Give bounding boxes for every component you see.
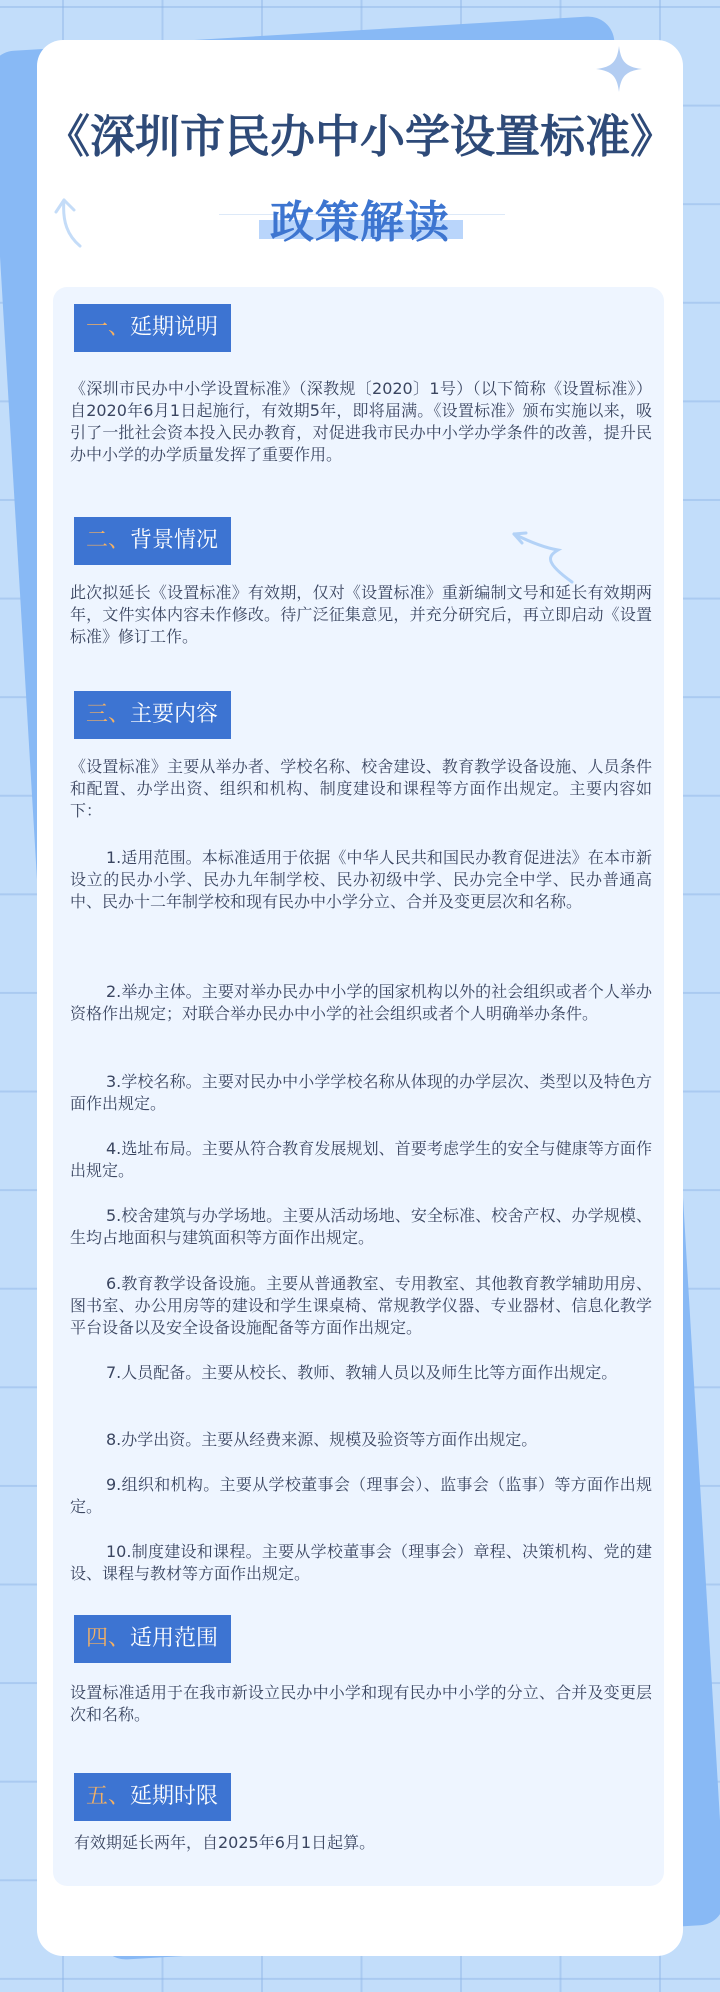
- content-item-1: 1.适用范围。本标准适用于依据《中华人民共和国民办教育促进法》在本市新设立的民办…: [70, 847, 652, 913]
- section-title: 主要内容: [130, 702, 218, 727]
- section-4-paragraph: 设置标准适用于在我市新设立民办中小学和现有民办中小学的分立、合并及变更层次和名称…: [70, 1682, 652, 1726]
- content-item-7: 7.人员配备。主要从校长、教师、教辅人员以及师生比等方面作出规定。: [70, 1362, 652, 1384]
- curved-arrow-up-icon: [50, 196, 90, 248]
- sparkle-icon: [594, 44, 644, 94]
- section-header-4: 四、适用范围: [74, 1615, 231, 1663]
- section-3-intro: 《设置标准》主要从举办者、学校名称、校舍建设、教育教学设备设施、人员条件和配置、…: [70, 756, 652, 822]
- section-title: 适用范围: [130, 1626, 218, 1651]
- content-item-9: 9.组织和机构。主要从学校董事会（理事会）、监事会（监事）等方面作出规定。: [70, 1474, 652, 1518]
- section-header-1: 一、延期说明: [74, 304, 231, 352]
- section-5-paragraph: 有效期延长两年，自2025年6月1日起算。: [74, 1832, 656, 1854]
- content-item-2: 2.举办主体。主要对举办民办中小学的国家机构以外的社会组织或者个人举办资格作出规…: [70, 981, 652, 1025]
- section-number: 四、: [86, 1626, 130, 1651]
- page-subtitle: 政策解读: [0, 186, 720, 250]
- section-header-3: 三、主要内容: [74, 691, 231, 739]
- section-header-5: 五、延期时限: [74, 1773, 231, 1821]
- content-item-10: 10.制度建设和课程。主要从学校董事会（理事会）章程、决策机构、党的建设、课程与…: [70, 1541, 652, 1585]
- content-item-6: 6.教育教学设备设施。主要从普通教室、专用教室、其他教育教学辅助用房、图书室、办…: [70, 1273, 652, 1339]
- content-item-5: 5.校舍建筑与办学场地。主要从活动场地、安全标准、校舍产权、办学规模、生均占地面…: [70, 1205, 652, 1249]
- section-number: 二、: [86, 528, 130, 553]
- content-item-8: 8.办学出资。主要从经费来源、规模及验资等方面作出规定。: [70, 1429, 652, 1451]
- content-item-4: 4.选址布局。主要从符合教育发展规划、首要考虑学生的安全与健康等方面作出规定。: [70, 1138, 652, 1182]
- section-title: 延期时限: [130, 1784, 218, 1809]
- section-header-2: 二、背景情况: [74, 517, 231, 565]
- section-number: 五、: [86, 1784, 130, 1809]
- section-title: 延期说明: [130, 315, 218, 340]
- section-1-paragraph: 《深圳市民办中小学设置标准》（深教规〔2020〕1号）（以下简称《设置标准》）自…: [70, 378, 652, 466]
- content-item-3: 3.学校名称。主要对民办中小学学校名称从体现的办学层次、类型以及特色方面作出规定…: [70, 1071, 652, 1115]
- section-number: 一、: [86, 315, 130, 340]
- section-number: 三、: [86, 702, 130, 727]
- section-2-paragraph: 此次拟延长《设置标准》有效期，仅对《设置标准》重新编制文号和延长有效期两年，文件…: [70, 582, 652, 648]
- squiggle-arrow-icon: [510, 530, 580, 586]
- section-title: 背景情况: [130, 528, 218, 553]
- page-title: 《深圳市民办中小学设置标准》: [0, 100, 720, 165]
